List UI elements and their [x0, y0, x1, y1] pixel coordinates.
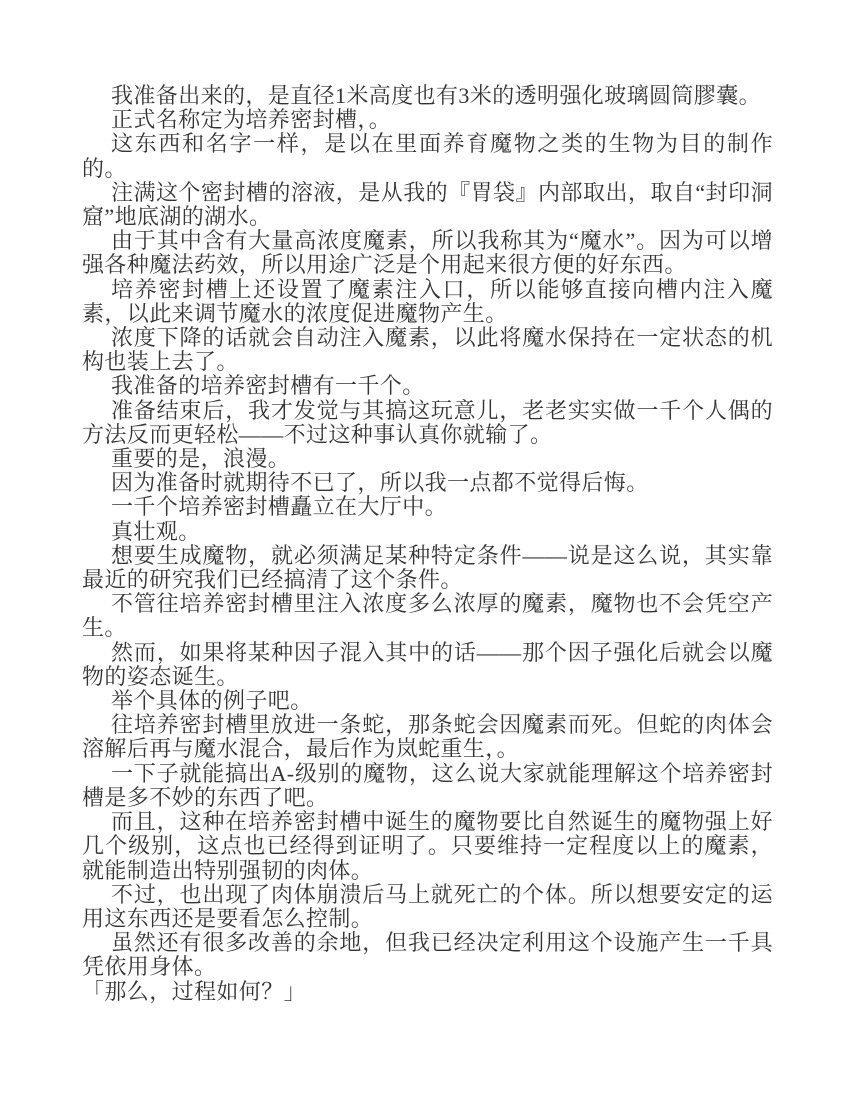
document-page: 我准备出来的，是直径1米高度也有3米的透明强化玻璃圆筒膠囊。正式名称定为培养密封…	[0, 0, 850, 1100]
paragraph: 一下子就能搞出A-级别的魔物，这么说大家就能理解这个培养密封槽是多不妙的东西了吧…	[82, 762, 773, 810]
paragraph: 不管往培养密封槽里注入浓度多么浓厚的魔素，魔物也不会凭空产生。	[82, 592, 773, 640]
paragraph: 因为准备时就期待不已了，所以我一点都不觉得后悔。	[82, 471, 773, 495]
paragraph: 重要的是，浪漫。	[82, 447, 773, 471]
page-text: 我准备出来的，是直径1米高度也有3米的透明强化玻璃圆筒膠囊。正式名称定为培养密封…	[82, 84, 773, 1004]
paragraph: 而且，这种在培养密封槽中诞生的魔物要比自然诞生的魔物强上好几个级别，这点也已经得…	[82, 810, 773, 883]
paragraph: 培养密封槽上还设置了魔素注入口，所以能够直接向槽内注入魔素，以此来调节魔水的浓度…	[82, 278, 773, 326]
paragraph: 我准备出来的，是直径1米高度也有3米的透明强化玻璃圆筒膠囊。	[82, 84, 773, 108]
paragraph: 虽然还有很多改善的余地，但我已经决定利用这个设施产生一千具凭依用身体。	[82, 931, 773, 979]
paragraph: 想要生成魔物，就必须满足某种特定条件——说是这么说，其实靠最近的研究我们已经搞清…	[82, 544, 773, 592]
paragraph: 真壮观。	[82, 520, 773, 544]
paragraph: 准备结束后，我才发觉与其搞这玩意儿，老老实实做一千个人偶的方法反而更轻松——不过…	[82, 399, 773, 447]
paragraph: 「那么，过程如何？」	[82, 980, 773, 1004]
paragraph: 往培养密封槽里放进一条蛇，那条蛇会因魔素而死。但蛇的肉体会溶解后再与魔水混合，最…	[82, 713, 773, 761]
paragraph: 浓度下降的话就会自动注入魔素，以此将魔水保持在一定状态的机构也装上去了。	[82, 326, 773, 374]
paragraph: 举个具体的例子吧。	[82, 689, 773, 713]
paragraph: 不过，也出现了肉体崩溃后马上就死亡的个体。所以想要安定的运用这东西还是要看怎么控…	[82, 883, 773, 931]
paragraph: 然而，如果将某种因子混入其中的话——那个因子强化后就会以魔物的姿态诞生。	[82, 641, 773, 689]
paragraph: 一千个培养密封槽矗立在大厅中。	[82, 495, 773, 519]
paragraph: 这东西和名字一样，是以在里面养育魔物之类的生物为目的制作的。	[82, 132, 773, 180]
paragraph: 我准备的培养密封槽有一千个。	[82, 374, 773, 398]
paragraph: 正式名称定为培养密封槽，。	[82, 108, 773, 132]
paragraph: 由于其中含有大量高浓度魔素，所以我称其为“魔水”。因为可以增强各种魔法药效，所以…	[82, 229, 773, 277]
paragraph: 注满这个密封槽的溶液，是从我的『胃袋』内部取出，取自“封印洞窟”地底湖的湖水。	[82, 181, 773, 229]
